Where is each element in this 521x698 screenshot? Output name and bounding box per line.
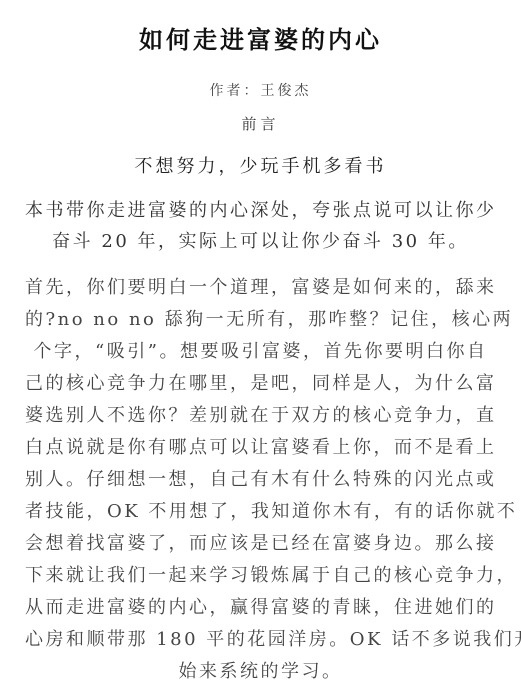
body-line: 始来系统的学习。	[25, 656, 496, 688]
body-line: 己的核心竞争力在哪里，是吧，同样是人，为什么富	[25, 368, 496, 400]
body-line: 的?no no no 舔狗一无所有，那咋整？记住，核心两	[25, 304, 496, 336]
body-line: 从而走进富婆的内心，赢得富婆的青睐，住进她们的	[25, 592, 496, 624]
intro-paragraph: 本书带你走进富婆的内心深处，夸张点说可以让你少 奋斗 20 年，实际上可以让你少…	[25, 195, 496, 257]
body-line: 下来就让我们一起来学习锻炼属于自己的核心竞争力，	[25, 560, 496, 592]
intro-line: 本书带你走进富婆的内心深处，夸张点说可以让你少	[25, 195, 496, 226]
intro-line: 奋斗 20 年，实际上可以让你少奋斗 30 年。	[25, 226, 496, 257]
body-line: 婆选别人不选你？差别就在于双方的核心竞争力，直	[25, 400, 496, 432]
motto-line: 不想努力，少玩手机多看书	[0, 152, 521, 178]
body-line: 者技能，OK 不用想了，我知道你木有，有的话你就不	[25, 496, 496, 528]
body-line: 白点说就是你有哪点可以让富婆看上你，而不是看上	[25, 432, 496, 464]
body-line: 会想着找富婆了，而应该是已经在富婆身边。那么接	[25, 528, 496, 560]
document-title: 如何走进富婆的内心	[0, 20, 521, 55]
body-line: 别人。仔细想一想，自己有木有什么特殊的闪光点或	[25, 464, 496, 496]
author-line: 作者：王俊杰	[0, 80, 521, 100]
section-heading-preface: 前言	[0, 113, 521, 134]
body-paragraph: 首先，你们要明白一个道理，富婆是如何来的，舔来 的?no no no 舔狗一无所…	[25, 272, 496, 688]
body-line: 个字，“吸引”。想要吸引富婆，首先你要明白你自	[25, 336, 496, 368]
body-line: 首先，你们要明白一个道理，富婆是如何来的，舔来	[25, 272, 496, 304]
body-line: 心房和顺带那 180 平的花园洋房。OK 话不多说我们开	[25, 624, 496, 656]
